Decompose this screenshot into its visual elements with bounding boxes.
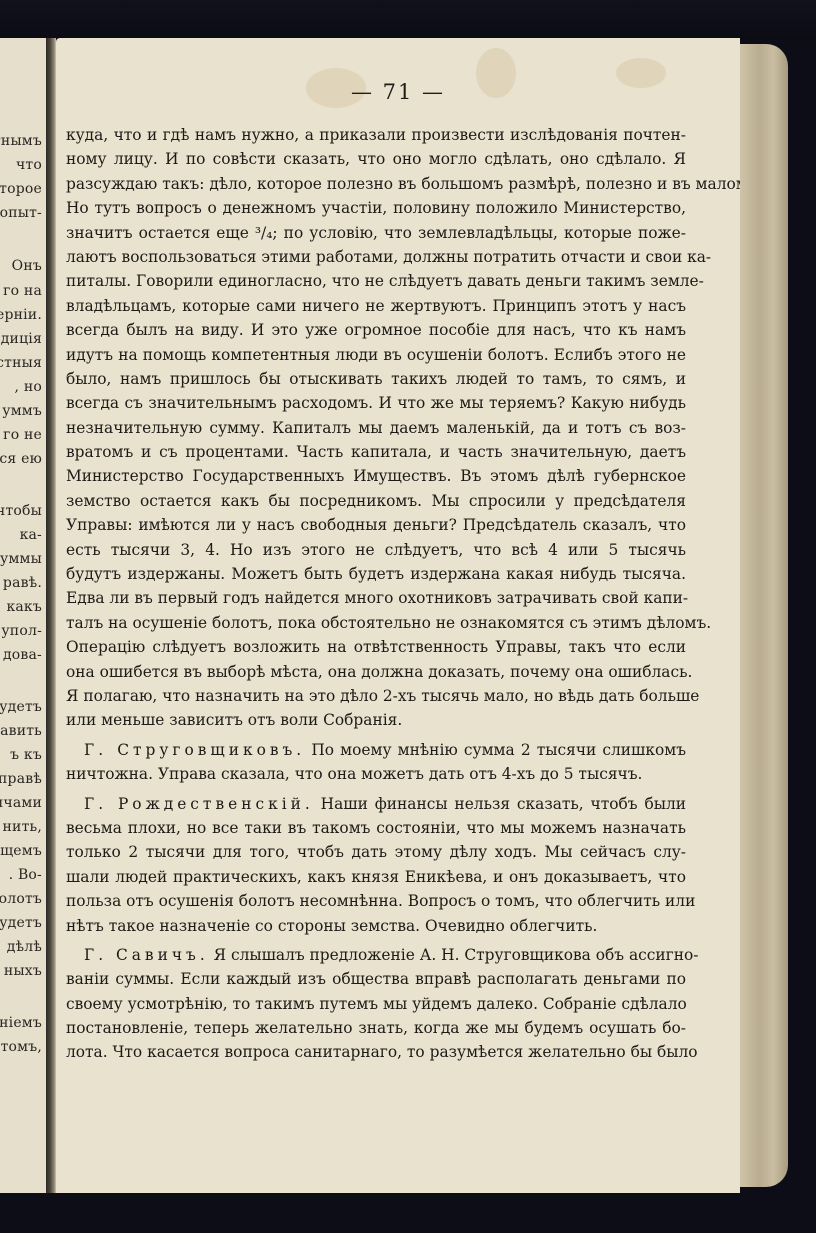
line-text: Министерство Государственныхъ Имуществъ.…: [66, 467, 686, 485]
line-text: владѣльцамъ, которые сами ничего не жерт…: [66, 297, 686, 315]
speaker-name: Г. Струговщиковъ.: [84, 741, 305, 759]
left-page-text-fragment: правѣ: [0, 771, 42, 787]
line-text: польза отъ осушенія болотъ несомнѣнна. В…: [66, 892, 695, 910]
text-line: питалы. Говорили единогласно, что не слѣ…: [66, 269, 686, 293]
line-text: незначительную сумму. Капиталъ мы даемъ …: [66, 419, 686, 437]
left-page-text-fragment: удетъ: [0, 915, 42, 931]
body-text: куда, что и гдѣ намъ нужно, а приказали …: [66, 123, 686, 1065]
text-line: незначительную сумму. Капиталъ мы даемъ …: [66, 416, 686, 440]
scan-background: [0, 0, 816, 40]
text-line: Министерство Государственныхъ Имуществъ.…: [66, 464, 686, 488]
left-page-text-fragment: ерніи.: [0, 307, 42, 323]
text-line: своему усмотрѣнію, то такимъ путемъ мы у…: [66, 992, 686, 1016]
left-page-text-fragment: что: [16, 157, 42, 173]
text-line: земство остается какъ бы посредникомъ. М…: [66, 489, 686, 513]
line-text: постановленіе, теперь желательно знать, …: [66, 1019, 686, 1037]
line-text: По моему мнѣнію сумма 2 тысячи слишкомъ: [311, 741, 686, 759]
line-text: ничтожна. Управа сказала, что она можетъ…: [66, 765, 642, 783]
text-line: Но тутъ вопросъ о денежномъ участіи, пол…: [66, 196, 686, 220]
line-text: только 2 тысячи для того, чтобъ дать это…: [66, 843, 686, 861]
speech-paragraph: Г. Струговщиковъ. По моему мнѣнію сумма …: [66, 738, 686, 787]
text-line: куда, что и гдѣ намъ нужно, а приказали …: [66, 123, 686, 147]
text-line: только 2 тысячи для того, чтобъ дать это…: [66, 840, 686, 864]
left-page-text-fragment: ныхъ: [4, 963, 42, 979]
text-line: Едва ли въ первый годъ найдется много ох…: [66, 586, 686, 610]
left-page-text-fragment: равѣ.: [3, 575, 42, 591]
line-text: есть тысячи 3, 4. Но изъ этого не слѣдуе…: [66, 541, 686, 559]
left-page-text-fragment: торое: [0, 181, 42, 197]
line-text: куда, что и гдѣ намъ нужно, а приказали …: [66, 126, 686, 144]
line-text: весьма плохи, но все таки въ такомъ сост…: [66, 819, 686, 837]
line-text: своему усмотрѣнію, то такимъ путемъ мы у…: [66, 995, 687, 1013]
book-gutter: [46, 38, 56, 1193]
left-page-text-fragment: . Во-: [9, 867, 42, 883]
line-text: Операцію слѣдуетъ возложить на отвѣтстве…: [66, 638, 686, 656]
page-number: — 71 —: [56, 80, 740, 104]
left-page-text-fragment: го на: [3, 283, 42, 299]
text-line: шали людей практическихъ, какъ князя Ени…: [66, 865, 686, 889]
text-line: Операцію слѣдуетъ возложить на отвѣтстве…: [66, 635, 686, 659]
left-page-text-fragment: Онъ: [12, 258, 42, 274]
text-line: весьма плохи, но все таки въ такомъ сост…: [66, 816, 686, 840]
left-page-text-fragment: ніемъ: [0, 1015, 42, 1031]
speech-paragraph: Г. Савичъ. Я слышалъ предложеніе А. Н. С…: [66, 943, 686, 1065]
left-page-text-fragment: авить: [0, 723, 42, 739]
left-page-text-fragment: ичами: [0, 795, 42, 811]
line-text: всегда съ значительнымъ расходомъ. И что…: [66, 394, 686, 412]
speaker-name: Г. Рождественскій.: [84, 795, 314, 813]
line-text: ному лицу. И по совѣсти сказать, что оно…: [66, 150, 686, 168]
line-text: земство остается какъ бы посредникомъ. М…: [66, 492, 686, 510]
text-line: будутъ издержаны. Можетъ быть будетъ изд…: [66, 562, 686, 586]
line-text: лаютъ воспользоваться этими работами, до…: [66, 248, 711, 266]
text-line: нѣтъ такое назначеніе со стороны земства…: [66, 914, 686, 938]
left-page-text-fragment: ся ею: [0, 451, 42, 467]
speaker-name: Г. Савичъ.: [84, 946, 209, 964]
text-line: ному лицу. И по совѣсти сказать, что оно…: [66, 147, 686, 171]
line-text: или меньше зависитъ отъ воли Собранія.: [66, 711, 402, 729]
line-text: разсуждаю такъ: дѣло, которое полезно въ…: [66, 175, 762, 193]
text-line: польза отъ осушенія болотъ несомнѣнна. В…: [66, 889, 686, 913]
left-page-text-fragment: ъ къ: [10, 747, 42, 763]
text-line: лота. Что касается вопроса санитарнаго, …: [66, 1040, 686, 1064]
line-text: Управы: имѣются ли у насъ свободныя день…: [66, 516, 686, 534]
text-line: ничтожна. Управа сказала, что она можетъ…: [66, 762, 686, 786]
line-text: питалы. Говорили единогласно, что не слѣ…: [66, 272, 704, 290]
text-line: значитъ остается еще ³/₄; по условію, чт…: [66, 221, 686, 245]
left-page-text-fragment: дѣлѣ: [7, 939, 42, 955]
text-line: всегда былъ на виду. И это уже огромное …: [66, 318, 686, 342]
line-text: Я полагаю, что назначить на это дѣло 2-х…: [66, 687, 699, 705]
left-page-text-fragment: удетъ: [0, 699, 42, 715]
text-line: было, намъ пришлось бы отыскивать такихъ…: [66, 367, 686, 391]
text-line: Г. Рождественскій. Наши финансы нельзя с…: [66, 792, 686, 816]
left-page-text-fragment: нить,: [3, 819, 42, 835]
left-page-text-fragment: уммы: [0, 551, 42, 567]
line-text: вратомъ и съ процентами. Часть капитала,…: [66, 443, 686, 461]
text-line: лаютъ воспользоваться этими работами, до…: [66, 245, 686, 269]
line-text: всегда былъ на виду. И это уже огромное …: [66, 321, 686, 339]
text-line: идутъ на помощь компетентныя люди въ осу…: [66, 343, 686, 367]
left-page-text-fragment: упол-: [1, 623, 42, 639]
left-page-text-fragment: какъ: [6, 599, 42, 615]
left-page-text-fragment: тнымъ: [0, 133, 42, 149]
text-line: Я полагаю, что назначить на это дѣло 2-х…: [66, 684, 686, 708]
left-page-text-fragment: дова-: [3, 647, 42, 663]
text-line: разсуждаю такъ: дѣло, которое полезно въ…: [66, 172, 686, 196]
left-page-text-fragment: чтобы: [0, 503, 42, 519]
continuation-paragraph: куда, что и гдѣ намъ нужно, а приказали …: [66, 123, 686, 733]
left-page-text-fragment: ка-: [20, 527, 42, 543]
left-page-text-fragment: уммъ: [2, 403, 42, 419]
text-line: ваніи суммы. Если каждый изъ общества вп…: [66, 967, 686, 991]
left-page-text-fragment: диція: [1, 331, 42, 347]
left-page-text-fragment: щемъ: [0, 843, 42, 859]
left-page-text-fragment: томъ,: [1, 1039, 42, 1055]
text-line: или меньше зависитъ отъ воли Собранія.: [66, 708, 686, 732]
text-line: есть тысячи 3, 4. Но изъ этого не слѣдуе…: [66, 538, 686, 562]
text-line: вратомъ и съ процентами. Часть капитала,…: [66, 440, 686, 464]
left-page-text-fragment: стныя: [0, 355, 42, 371]
text-line: она ошибется въ выборѣ мѣста, она должна…: [66, 660, 686, 684]
text-line: владѣльцамъ, которые сами ничего не жерт…: [66, 294, 686, 318]
line-text: Я слышалъ предложеніе А. Н. Струговщиков…: [214, 946, 699, 964]
right-page: — 71 — куда, что и гдѣ намъ нужно, а при…: [56, 38, 740, 1193]
left-page-text-fragment: опыт-: [0, 205, 42, 221]
line-text: талъ на осушеніе болотъ, пока обстоятель…: [66, 614, 711, 632]
line-text: было, намъ пришлось бы отыскивать такихъ…: [66, 370, 686, 388]
text-line: Г. Савичъ. Я слышалъ предложеніе А. Н. С…: [66, 943, 686, 967]
left-page-text-fragment: , но: [15, 379, 42, 395]
line-text: шали людей практическихъ, какъ князя Ени…: [66, 868, 686, 886]
line-text: нѣтъ такое назначеніе со стороны земства…: [66, 917, 597, 935]
line-text: лота. Что касается вопроса санитарнаго, …: [66, 1043, 698, 1061]
text-line: всегда съ значительнымъ расходомъ. И что…: [66, 391, 686, 415]
line-text: Но тутъ вопросъ о денежномъ участіи, пол…: [66, 199, 686, 217]
page-block-edges: [740, 44, 788, 1187]
text-line: Управы: имѣются ли у насъ свободныя день…: [66, 513, 686, 537]
left-page-text-fragment: го не: [3, 427, 42, 443]
text-line: постановленіе, теперь желательно знать, …: [66, 1016, 686, 1040]
line-text: значитъ остается еще ³/₄; по условію, чт…: [66, 224, 686, 242]
line-text: будутъ издержаны. Можетъ быть будетъ изд…: [66, 565, 686, 583]
text-line: талъ на осушеніе болотъ, пока обстоятель…: [66, 611, 686, 635]
line-text: Едва ли въ первый годъ найдется много ох…: [66, 589, 688, 607]
line-text: она ошибется въ выборѣ мѣста, она должна…: [66, 663, 692, 681]
left-page-fragment: тнымъчтотороеопыт-Онъго наерніи.диціястн…: [0, 38, 46, 1193]
line-text: ваніи суммы. Если каждый изъ общества вп…: [66, 970, 686, 988]
line-text: идутъ на помощь компетентныя люди въ осу…: [66, 346, 686, 364]
left-page-text-fragment: олотъ: [0, 891, 42, 907]
line-text: Наши финансы нельзя сказать, чтобъ были: [321, 795, 686, 813]
speech-paragraph: Г. Рождественскій. Наши финансы нельзя с…: [66, 792, 686, 938]
text-line: Г. Струговщиковъ. По моему мнѣнію сумма …: [66, 738, 686, 762]
